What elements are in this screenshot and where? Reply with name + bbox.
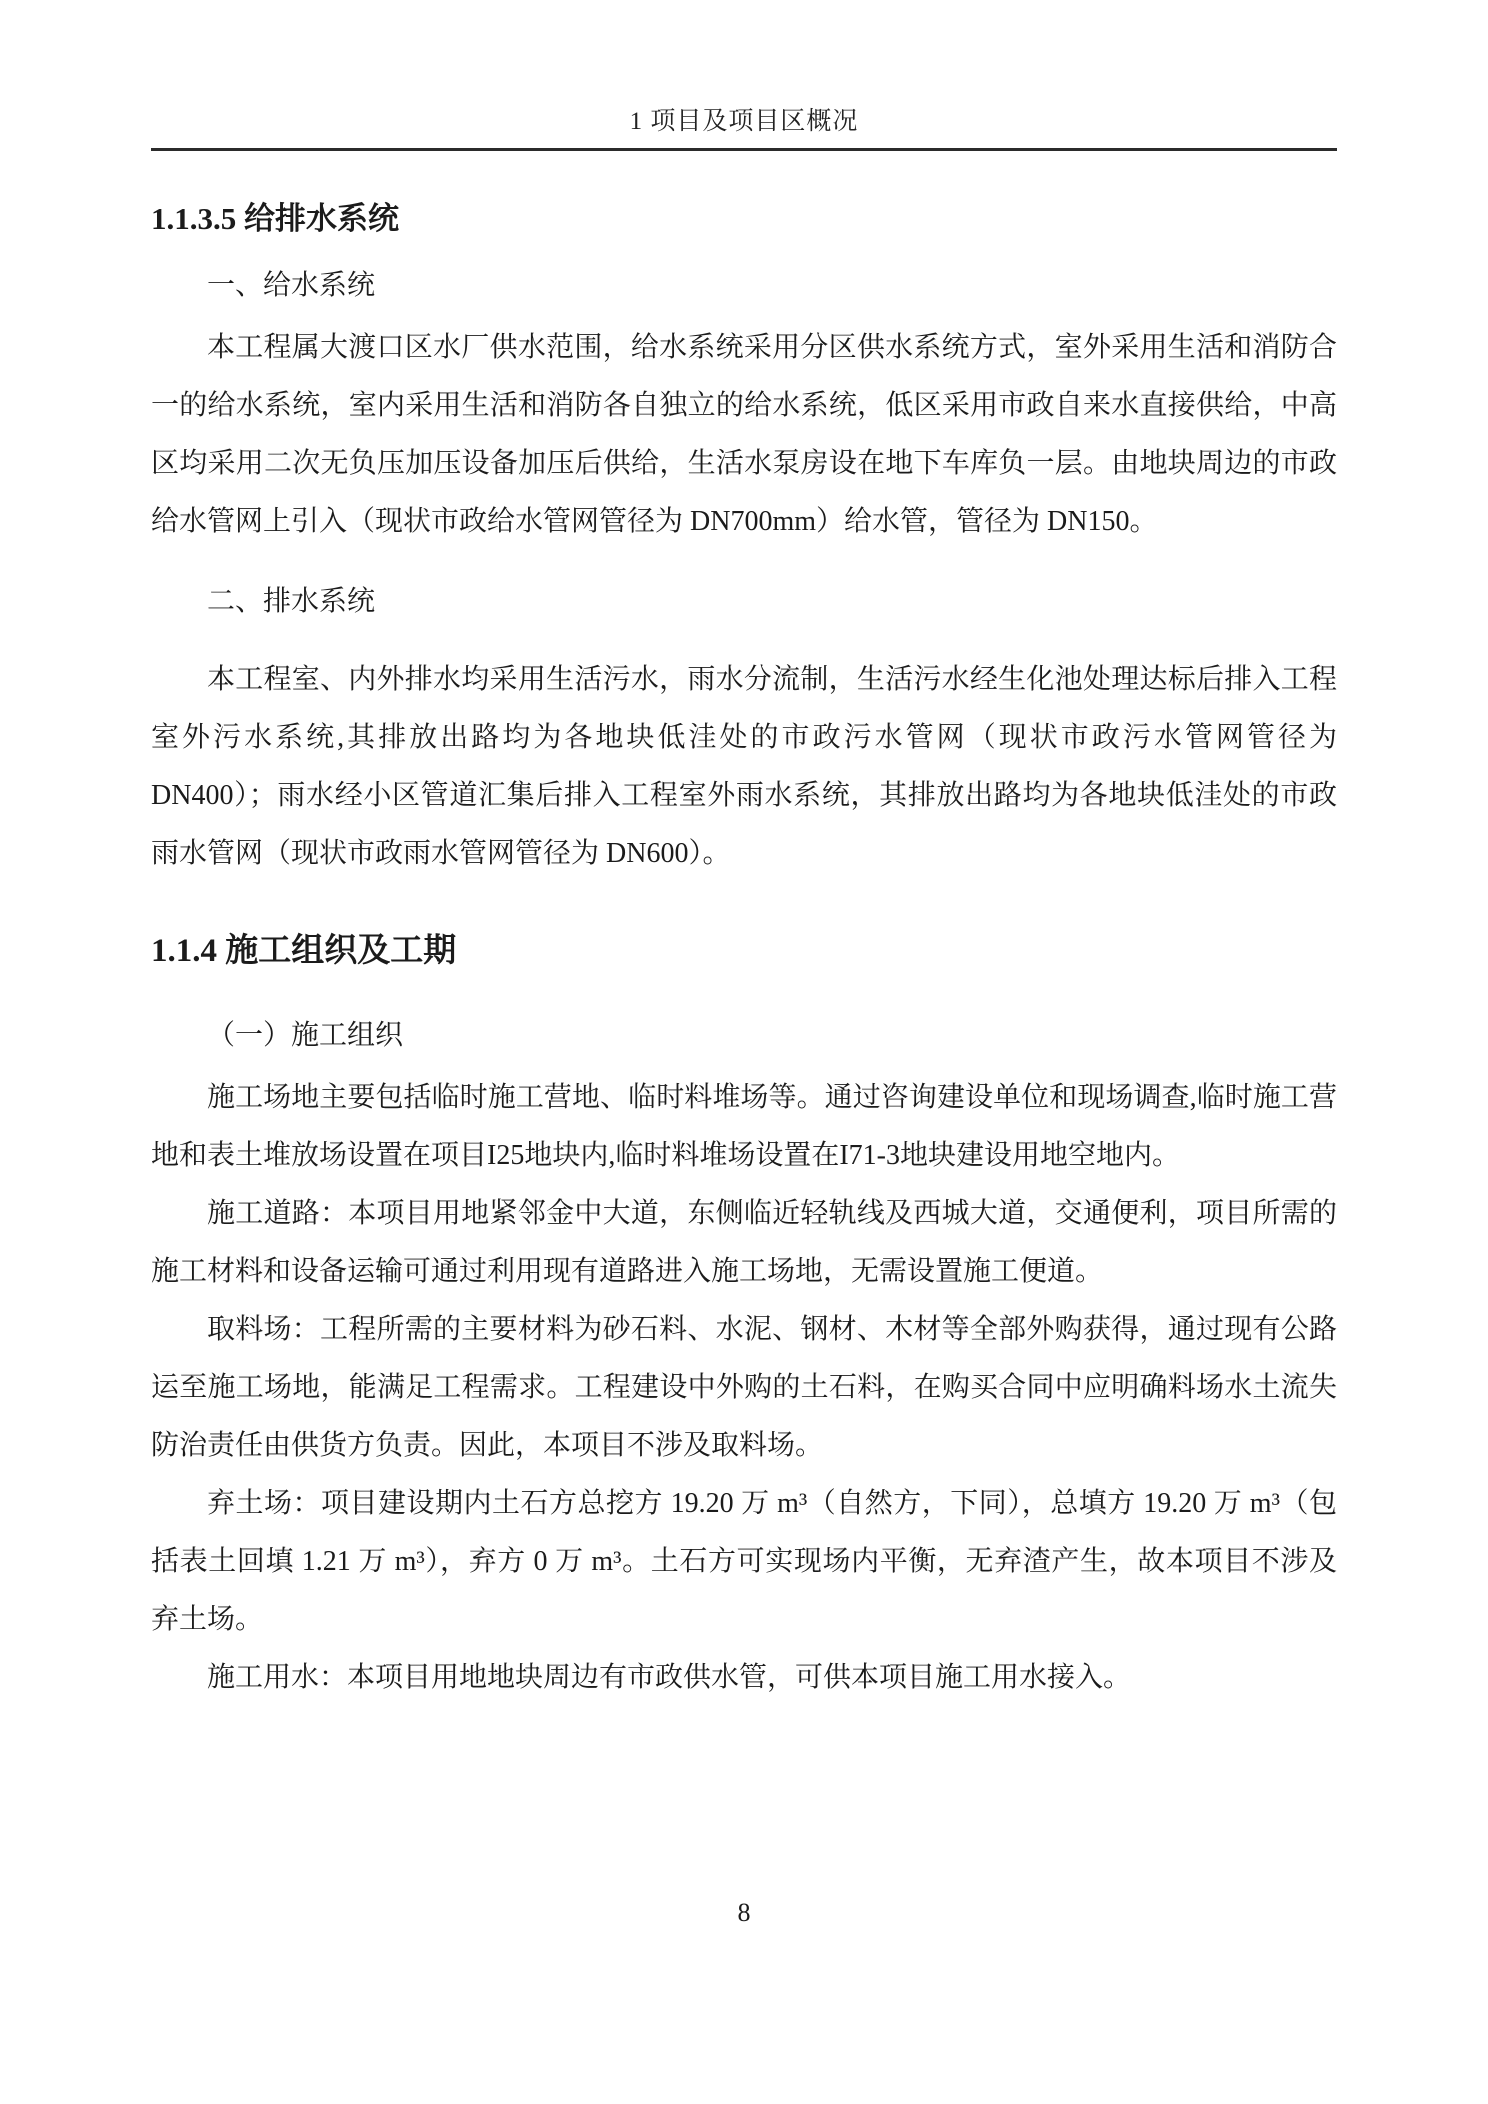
subsection-heading-drainage: 二、排水系统 <box>151 573 1337 631</box>
page-number: 8 <box>738 1898 751 1927</box>
subsection-heading-water-supply: 一、给水系统 <box>151 257 1337 315</box>
document-page: 1 项目及项目区概况 1.1.3.5 给排水系统 一、给水系统 本工程属大渡口区… <box>0 0 1488 2104</box>
section-heading-1-1-3-5: 1.1.3.5 给排水系统 <box>151 197 1337 241</box>
page-footer: 8 <box>0 1898 1488 1928</box>
paragraph-water-supply: 本工程属大渡口区水厂供水范围，给水系统采用分区供水系统方式，室外采用生活和消防合… <box>151 319 1337 551</box>
paragraph-spoil-ground: 弃土场：项目建设期内土石方总挖方 19.20 万 m³（自然方，下同），总填方 … <box>151 1475 1337 1649</box>
header-title: 1 项目及项目区概况 <box>0 106 1488 138</box>
paragraph-construction-road: 施工道路：本项目用地紧邻金中大道，东侧临近轻轨线及西城大道，交通便利，项目所需的… <box>151 1185 1337 1301</box>
subsection-heading-construction-org: （一）施工组织 <box>151 1007 1337 1065</box>
paragraph-construction-site: 施工场地主要包括临时施工营地、临时料堆场等。通过咨询建设单位和现场调查,临时施工… <box>151 1069 1337 1185</box>
paragraph-construction-water: 施工用水：本项目用地地块周边有市政供水管，可供本项目施工用水接入。 <box>151 1649 1337 1707</box>
section-heading-1-1-4: 1.1.4 施工组织及工期 <box>151 927 1337 975</box>
paragraph-material-yard: 取料场：工程所需的主要材料为砂石料、水泥、钢材、木材等全部外购获得，通过现有公路… <box>151 1301 1337 1475</box>
paragraph-drainage: 本工程室、内外排水均采用生活污水，雨水分流制，生活污水经生化池处理达标后排入工程… <box>151 651 1337 883</box>
page-header: 1 项目及项目区概况 <box>0 0 1488 151</box>
document-content: 1.1.3.5 给排水系统 一、给水系统 本工程属大渡口区水厂供水范围，给水系统… <box>151 197 1337 1707</box>
header-divider <box>151 148 1337 151</box>
